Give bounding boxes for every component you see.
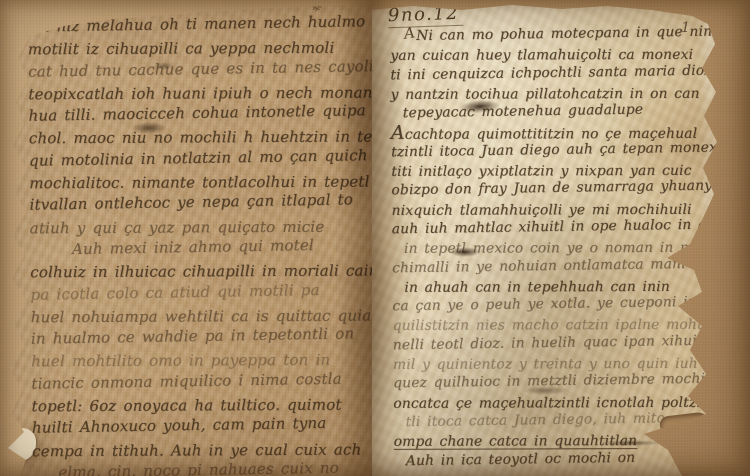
ink-blot [132, 122, 166, 134]
handwritten-line: auh iuh mahtlac xihuitl in ope hualoc in… [392, 216, 708, 240]
handwritten-line: nelli teotl dioz. in huelih quac ipan xi… [393, 331, 709, 355]
handwritten-line: obizpo don fray Juan de sumarraga yhuany [391, 177, 707, 201]
handwritten-line: huilti Ahnoxuco youh, cam pain tyna [32, 412, 368, 440]
handwritten-line: qui motolinia in notlatzin al mo çan qui… [29, 144, 365, 172]
manuscript-photo: 8 # n niz melahua oh ti manen nech hualm… [0, 0, 750, 476]
page-fold-shadow [334, 0, 406, 476]
manuscript-page-right: 9no.12 A 1 Ni can mo pohua motecpana in … [372, 0, 720, 476]
handwritten-line: hua tilli. maocicceh cohua intonetle qui… [28, 99, 364, 127]
ink-blot [522, 386, 568, 395]
handwritten-line: tzintli itoca Juan diego auh ça tepan mo… [391, 138, 707, 162]
handwritten-line: tiancic onmona miquilico i nima costla [31, 367, 367, 395]
numeral-mark: 8 [112, 2, 119, 15]
left-page-text: n niz melahua oh ti manen nech hualmo mo… [28, 12, 369, 476]
handwritten-line: ti ini cenquizca ichpochtli santa maria … [390, 61, 706, 85]
handwritten-line: chimalli in ye nohuian ontlamatca mani [392, 254, 708, 278]
handwritten-line: n niz melahua oh ti manen nech hualmo [27, 10, 363, 38]
handwritten-line: Auh in ica teoyotl oc mochi on [394, 447, 710, 471]
handwritten-line: cat hud tnu cachue que es in ta nes cayo… [28, 55, 364, 83]
handwritten-line: pa icotla colo ca atiud qui motili pa [30, 278, 366, 306]
handwritten-line: tepeyacac motenehua guadalupe [391, 100, 707, 124]
ink-blot [450, 247, 480, 257]
right-page-text: Ni can mo pohua motecpana in que nin yan… [390, 25, 710, 472]
ink-blot [600, 440, 662, 446]
manuscript-page-left: 8 # n niz melahua oh ti manen nech hualm… [4, 0, 374, 476]
handwritten-line: in hualmo ce wahdie pa in tepetontli on [31, 322, 367, 350]
handwritten-line: Auh mexi iniz ahmo qui motel [30, 233, 366, 261]
handwritten-line: itvallan ontlehcoc ye nepa çan itlapal t… [29, 189, 365, 217]
ink-blot [154, 62, 174, 70]
margin-number: 1 [681, 20, 690, 36]
handwritten-line: ca çan ye o peuh ye xotla. ye cueponi in… [392, 293, 708, 317]
